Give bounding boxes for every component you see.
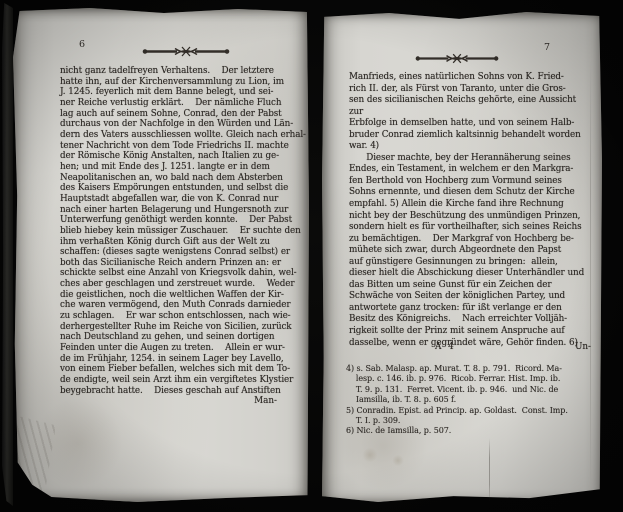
right-page: 7 Manfrieds, eines natürlichen Sohns von…: [322, 12, 602, 505]
left-page-catchword: Man-: [254, 396, 277, 406]
book-cover-edge: [2, 3, 13, 506]
left-page: 6 nicht ganz tadelfreyen Verhaltens. Der…: [13, 8, 309, 502]
footnotes: 4) s. Sab. Malasp. ap. Murat. T. 8. p. 7…: [346, 364, 594, 437]
right-page-number: 7: [544, 42, 550, 53]
left-page-number: 6: [79, 39, 85, 50]
signature-line: A 4 Un-: [349, 342, 591, 352]
left-page-body-text: nicht ganz tadelfreyen Verhaltens. Der l…: [60, 66, 306, 396]
right-page-body-text: Manfrieds, eines natürlichen Sohns von K…: [349, 72, 591, 349]
paper-stain: [362, 448, 378, 462]
header-ornament-icon: [414, 49, 500, 68]
page-crease: [590, 60, 591, 490]
page-crease: [489, 438, 490, 504]
book-scan-background: 6 nicht ganz tadelfreyen Verhaltens. Der…: [0, 0, 623, 512]
signature-mark: A 4: [435, 342, 456, 352]
paper-wrinkle: [14, 415, 56, 501]
paper-stain: [392, 455, 404, 466]
right-page-catchword: Un-: [575, 342, 591, 352]
header-ornament-icon: [141, 42, 231, 61]
